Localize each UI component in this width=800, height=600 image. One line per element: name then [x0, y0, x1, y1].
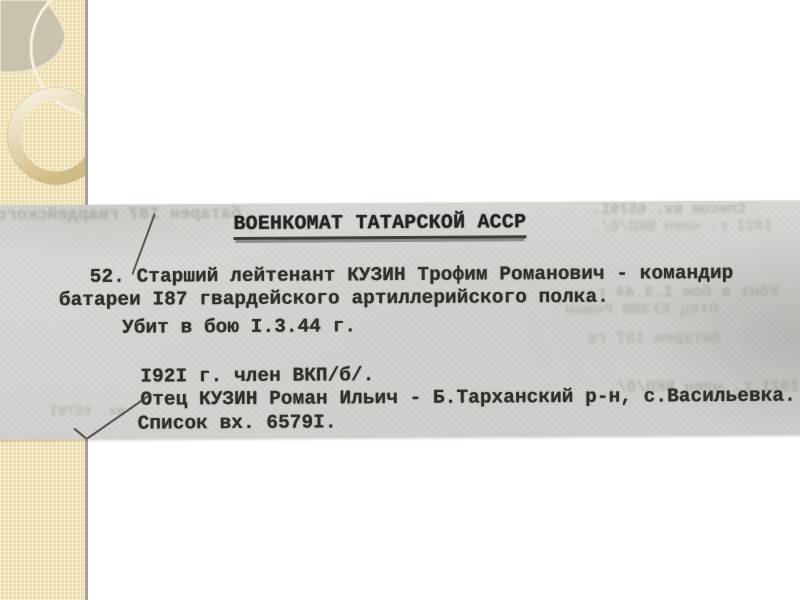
- slide-stage: батареи I87 гвардейского Список вх. 6579…: [0, 0, 800, 600]
- large-ring-shape: [14, 94, 85, 178]
- decorative-circles-icon: [0, 0, 85, 220]
- scanned-document: батареи I87 гвардейского Список вх. 6579…: [0, 201, 800, 440]
- handwritten-marks-icon: [0, 201, 800, 440]
- handwritten-check-mark: [74, 395, 150, 439]
- handwritten-slash-mark: [132, 214, 154, 273]
